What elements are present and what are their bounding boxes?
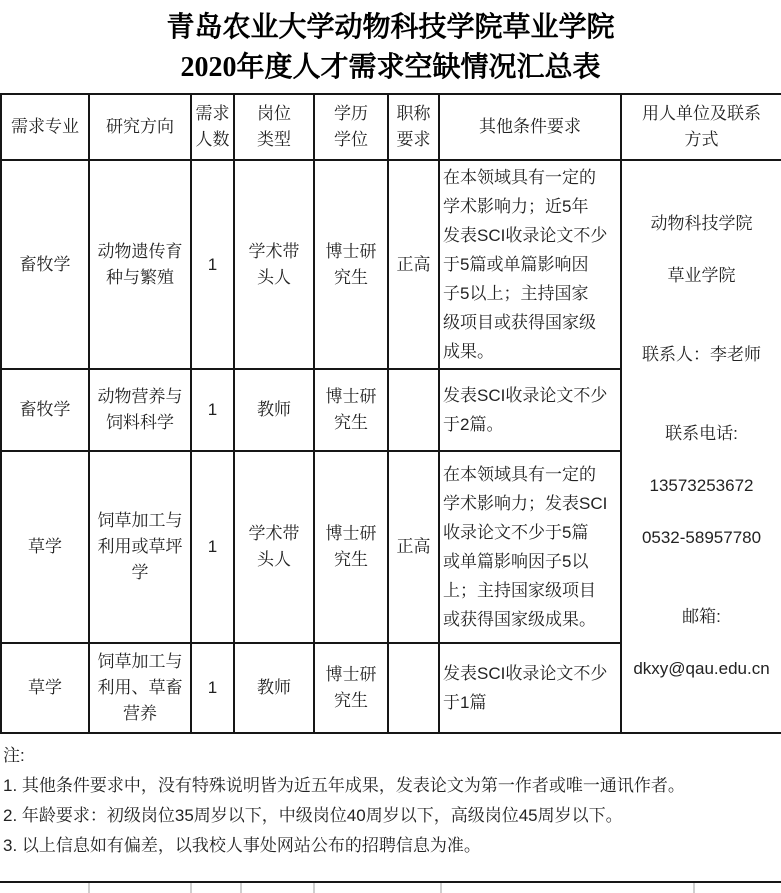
cell-count: 1: [191, 451, 234, 643]
cell-title-req: [388, 369, 439, 451]
cell-position-type: 学术带 头人: [234, 160, 314, 369]
column-divider: [240, 883, 242, 893]
next-table-partial: [0, 881, 781, 893]
header-other-req: 其他条件要求: [439, 94, 621, 160]
cell-title-req: 正高: [388, 451, 439, 643]
cell-position-type: 学术带 头人: [234, 451, 314, 643]
footnote-item: 3. 以上信息如有偏差，以我校人事处网站公布的招聘信息为准。: [3, 831, 779, 861]
cell-direction: 饲草加工与 利用、草畜 营养: [89, 643, 191, 733]
page-title: 青岛农业大学动物科技学院草业学院 2020年度人才需求空缺情况汇总表: [0, 0, 781, 88]
cell-count: 1: [191, 369, 234, 451]
contact-phone-label: 联系电话:: [624, 421, 779, 447]
contact-email-label: 邮箱:: [624, 604, 779, 630]
cell-degree: 博士研 究生: [314, 160, 388, 369]
page-title-line2: 2020年度人才需求空缺情况汇总表: [0, 48, 781, 88]
cell-other-req: 发表SCI收录论文不少 于1篇: [439, 643, 621, 733]
cell-direction: 饲草加工与 利用或草坪 学: [89, 451, 191, 643]
column-divider: [313, 883, 315, 893]
contact-phone-1: 13573253672: [624, 473, 779, 499]
contact-unit-line2: 草业学院: [624, 263, 779, 289]
cell-other-req: 发表SCI收录论文不少 于2篇。: [439, 369, 621, 451]
column-divider: [693, 883, 695, 893]
cell-other-req: 在本领域具有一定的 学术影响力；近5年 发表SCI收录论文不少 于5篇或单篇影响…: [439, 160, 621, 369]
cell-direction: 动物营养与 饲料科学: [89, 369, 191, 451]
cell-count: 1: [191, 643, 234, 733]
cell-major: 草学: [1, 643, 89, 733]
contact-phone-2: 0532-58957780: [624, 525, 779, 551]
header-major: 需求专业: [1, 94, 89, 160]
footnote-item: 1. 其他条件要求中，没有特殊说明皆为近五年成果，发表论文为第一作者或唯一通讯作…: [3, 771, 779, 801]
contact-email: dkxy@qau.edu.cn: [624, 656, 779, 682]
header-position-type: 岗位 类型: [234, 94, 314, 160]
footnote-label: 注:: [3, 741, 779, 771]
column-divider: [190, 883, 192, 893]
footnotes: 注: 1. 其他条件要求中，没有特殊说明皆为近五年成果，发表论文为第一作者或唯一…: [0, 734, 781, 861]
contact-unit-line1: 动物科技学院: [624, 211, 779, 237]
header-title-req: 职称 要求: [388, 94, 439, 160]
cell-degree: 博士研 究生: [314, 643, 388, 733]
header-count: 需求 人数: [191, 94, 234, 160]
cell-count: 1: [191, 160, 234, 369]
cell-position-type: 教师: [234, 369, 314, 451]
table-row: 畜牧学 动物遗传育 种与繁殖 1 学术带 头人 博士研 究生 正高 在本领域具有…: [1, 160, 781, 369]
header-direction: 研究方向: [89, 94, 191, 160]
cell-major: 草学: [1, 451, 89, 643]
cell-other-req: 在本领域具有一定的 学术影响力；发表SCI 收录论文不少于5篇 或单篇影响因子5…: [439, 451, 621, 643]
header-contact: 用人单位及联系 方式: [621, 94, 781, 160]
cell-position-type: 教师: [234, 643, 314, 733]
contact-cell: 动物科技学院 草业学院 联系人：李老师 联系电话: 13573253672 05…: [621, 160, 781, 733]
page-title-line1: 青岛农业大学动物科技学院草业学院: [0, 8, 781, 48]
cell-degree: 博士研 究生: [314, 369, 388, 451]
header-degree: 学历 学位: [314, 94, 388, 160]
cell-major: 畜牧学: [1, 160, 89, 369]
cell-degree: 博士研 究生: [314, 451, 388, 643]
cell-title-req: 正高: [388, 160, 439, 369]
demand-table: 需求专业 研究方向 需求 人数 岗位 类型 学历 学位 职称 要求 其他条件要求…: [0, 93, 781, 734]
cell-direction: 动物遗传育 种与繁殖: [89, 160, 191, 369]
cell-major: 畜牧学: [1, 369, 89, 451]
footnote-item: 2. 年龄要求：初级岗位35周岁以下，中级岗位40周岁以下，高级岗位45周岁以下…: [3, 801, 779, 831]
contact-person: 联系人：李老师: [624, 342, 779, 368]
column-divider: [88, 883, 90, 893]
cell-title-req: [388, 643, 439, 733]
column-divider: [440, 883, 442, 893]
header-row: 需求专业 研究方向 需求 人数 岗位 类型 学历 学位 职称 要求 其他条件要求…: [1, 94, 781, 160]
